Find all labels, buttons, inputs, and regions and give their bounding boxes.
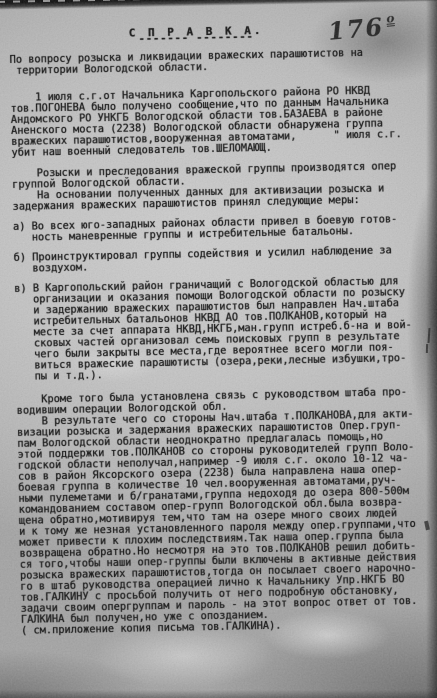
list-item-b: б) Проинструктировал группы содействия и… bbox=[13, 244, 437, 275]
scanned-document-page: 176о С П Р А В К А. ------- -------- По … bbox=[0, 0, 437, 698]
paragraph-report: 1 июля с.г.от Начальника Каргопольского … bbox=[10, 84, 437, 159]
dark-bottom-edge bbox=[0, 690, 437, 698]
torn-top-edge bbox=[0, 0, 437, 10]
subject-paragraph: По вопросу розыска и ликвидации вражески… bbox=[10, 46, 436, 77]
list-item-a: а) Во всех юго-западных районах области … bbox=[13, 213, 437, 244]
title-block: С П Р А В К А. ------- -------- bbox=[9, 21, 435, 48]
typed-content: С П Р А В К А. ------- -------- По вопро… bbox=[9, 21, 437, 636]
list-item-v: в) В Каргопольский район граничащий с Во… bbox=[14, 275, 437, 383]
paragraph-result: В результате чего со стороны Нач.штаба т… bbox=[17, 408, 437, 637]
paragraph-measures-intro: Розыски и преследования вражеской группы… bbox=[12, 160, 437, 213]
